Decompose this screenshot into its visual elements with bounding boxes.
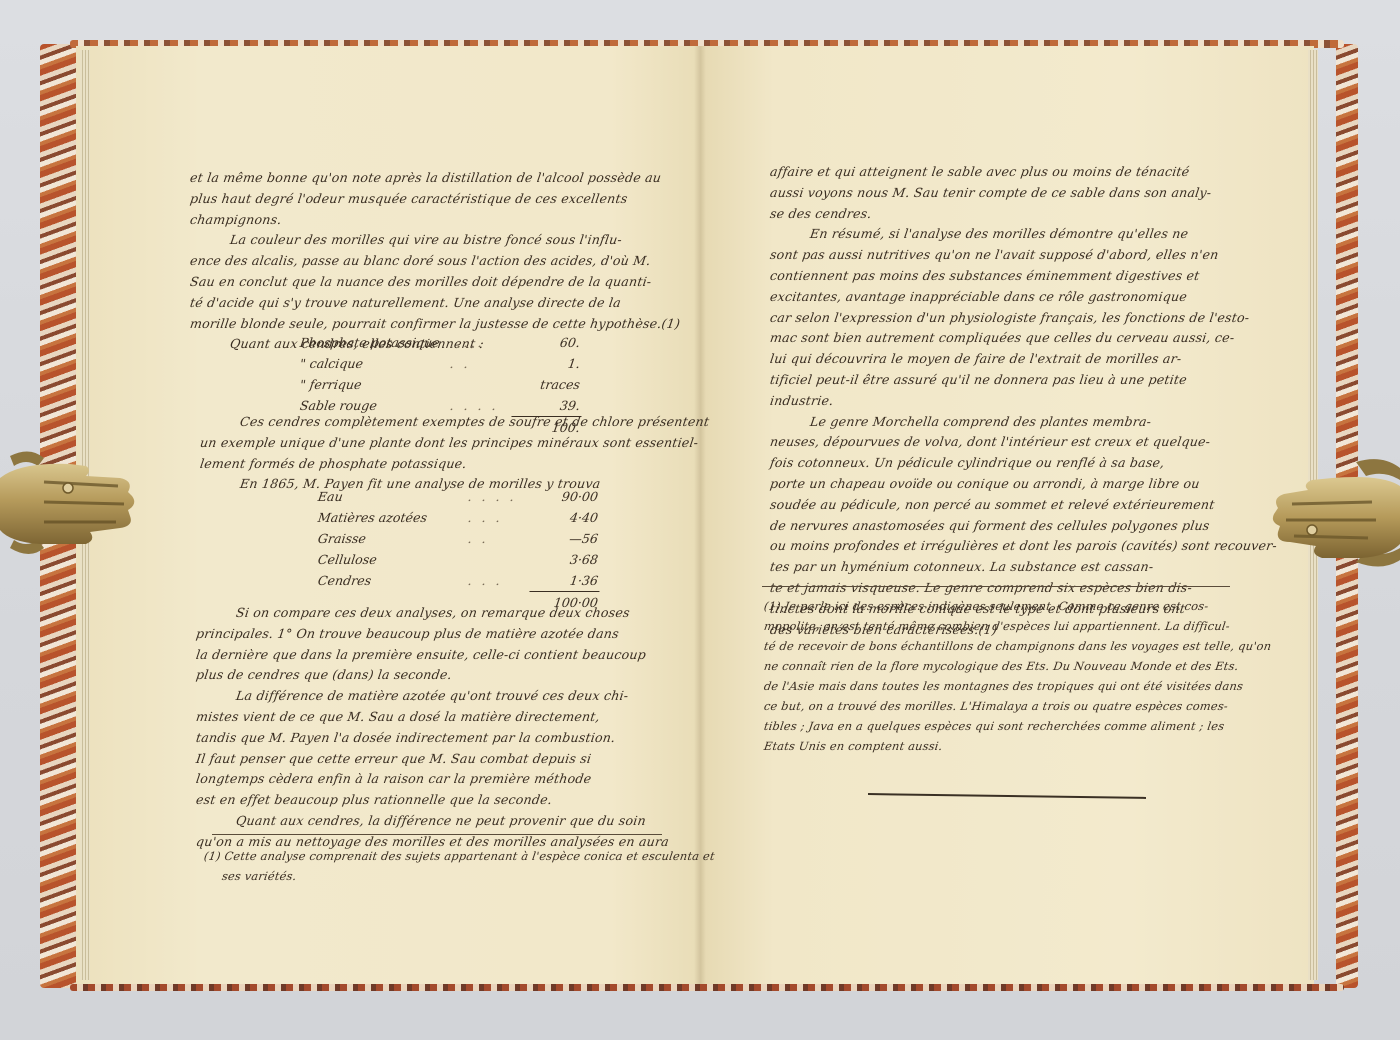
table-row: Eau. . . .90·00 <box>317 486 600 507</box>
text-line: contiennent pas moins des substances émi… <box>769 266 1252 287</box>
text-line: La couleur des morilles qui vire au bist… <box>189 230 662 251</box>
text-line: En résumé, si l'analyse des morilles dém… <box>769 224 1252 245</box>
text-line: un exemple unique d'une plante dont les … <box>199 433 672 454</box>
footnote-line: tibles ; Java en a quelques espèces qui … <box>763 716 1246 736</box>
footnote-separator-left <box>212 834 662 835</box>
text-line: soudée au pédicule, non percé au sommet … <box>769 495 1252 516</box>
footnote-line: de l'Asie mais dans toutes les montagnes… <box>763 676 1246 696</box>
text-line: fois cotonneux. Un pédicule cylindrique … <box>769 453 1252 474</box>
text-line: Il faut penser que cette erreur que M. S… <box>195 749 668 770</box>
table-row: " ferriquetraces <box>299 374 582 395</box>
text-line: se des cendres. <box>769 204 1252 225</box>
table-row: " calcique. .1. <box>299 353 582 374</box>
text-line: tes par un hyménium cotonneux. La substa… <box>769 557 1252 578</box>
text-line: plus de cendres que (dans) la seconde. <box>195 665 668 686</box>
text-line: Quant aux cendres, la différence ne peut… <box>195 811 668 832</box>
footnote-line: té de recevoir de bons échantillons de c… <box>763 636 1246 656</box>
footnote-line: (1) Je parle ici des espèces indigènes s… <box>763 596 1246 616</box>
text-line: plus haut degré l'odeur musquée caractér… <box>189 189 662 210</box>
text-line: longtemps cèdera enfin à la raison car l… <box>195 769 668 790</box>
text-line: affaire et qui atteignent le sable avec … <box>769 162 1252 183</box>
cover-bottom-edge <box>70 984 1344 991</box>
text-line: et la même bonne qu'on note après la dis… <box>189 168 662 189</box>
footnote-line: ce but, on a trouvé des morilles. L'Hima… <box>763 696 1246 716</box>
text-line: la dernière que dans la première ensuite… <box>195 645 668 666</box>
text-line: mistes vient de ce que M. Sau a dosé la … <box>195 707 668 728</box>
text-line: aussi voyons nous M. Sau tenir compte de… <box>769 183 1252 204</box>
text-line: lement formés de phosphate potassique. <box>199 454 672 475</box>
table-row: Cellulose3·68 <box>317 549 600 570</box>
text-line: té d'acide qui s'y trouve naturellement.… <box>189 293 662 314</box>
text-line: ence des alcalis, passe au blanc doré so… <box>189 251 662 272</box>
table-row: Matières azotées. . .4·40 <box>317 507 600 528</box>
footnote-separator-right <box>762 586 1230 587</box>
text-line: Si on compare ces deux analyses, on rema… <box>195 603 668 624</box>
left-page-text-2: Ces cendres complètement exemptes de sou… <box>200 412 670 495</box>
text-line: neuses, dépourvues de volva, dont l'inté… <box>769 432 1252 453</box>
text-line: lui qui découvrira le moyen de faire de … <box>769 349 1252 370</box>
text-line: ou moins profondes et irrégulières et do… <box>769 536 1252 557</box>
text-line: tificiel peut-il être assuré qu'il ne do… <box>769 370 1252 391</box>
text-line: Le genre Morchella comprend des plantes … <box>769 412 1252 433</box>
text-line: La différence de matière azotée qu'ont t… <box>195 686 668 707</box>
left-page-text-1: et la même bonne qu'on note après la dis… <box>190 168 660 355</box>
text-line: car selon l'expression d'un physiologist… <box>769 308 1252 329</box>
right-footnote: (1) Je parle ici des espèces indigènes s… <box>764 596 1244 756</box>
text-line: Sau en conclut que la nuance des morille… <box>189 272 662 293</box>
table-row: Graisse. .—56 <box>317 528 600 549</box>
footnote-line: ses variétés. <box>203 866 676 886</box>
brass-hand-left-icon <box>0 448 140 558</box>
text-line: est en effet beaucoup plus rationnelle q… <box>195 790 668 811</box>
text-line: mac sont bien autrement compliquées que … <box>769 328 1252 349</box>
text-line: Ces cendres complètement exemptes de sou… <box>199 412 672 433</box>
payen-analysis-table: Eau. . . .90·00 Matières azotées. . .4·4… <box>318 486 598 613</box>
right-page-text: affaire et qui atteignent le sable avec … <box>770 162 1250 640</box>
book-gutter <box>694 46 706 984</box>
footnote-line: ne connaît rien de la flore mycologique … <box>763 656 1246 676</box>
footnote-line: Etats Unis en comptent aussi. <box>763 736 1246 756</box>
table-row: Cendres. . .1·36 <box>317 570 600 591</box>
text-line: excitantes, avantage inappréciable dans … <box>769 287 1252 308</box>
text-line: industrie. <box>769 391 1252 412</box>
text-line: porte un chapeau ovoïde ou conique ou ar… <box>769 474 1252 495</box>
text-line: sont pas aussi nutritives qu'on ne l'ava… <box>769 245 1252 266</box>
text-line: de nervures anastomosées qui forment des… <box>769 516 1252 537</box>
table-row: Phosphate potassique.....60. <box>299 332 582 353</box>
text-line: principales. 1° On trouve beaucoup plus … <box>195 624 668 645</box>
text-line: champignons. <box>189 210 662 231</box>
footnote-line: (1) Cette analyse comprenait des sujets … <box>203 846 676 866</box>
footnote-line: mopolite, on est tenté même combien d'es… <box>763 616 1246 636</box>
left-page-text-3: Si on compare ces deux analyses, on rema… <box>196 603 666 853</box>
left-footnote: (1) Cette analyse comprenait des sujets … <box>204 846 674 886</box>
brass-hand-right-icon <box>1272 458 1400 570</box>
text-line: tandis que M. Payen l'a dosée indirectem… <box>195 728 668 749</box>
